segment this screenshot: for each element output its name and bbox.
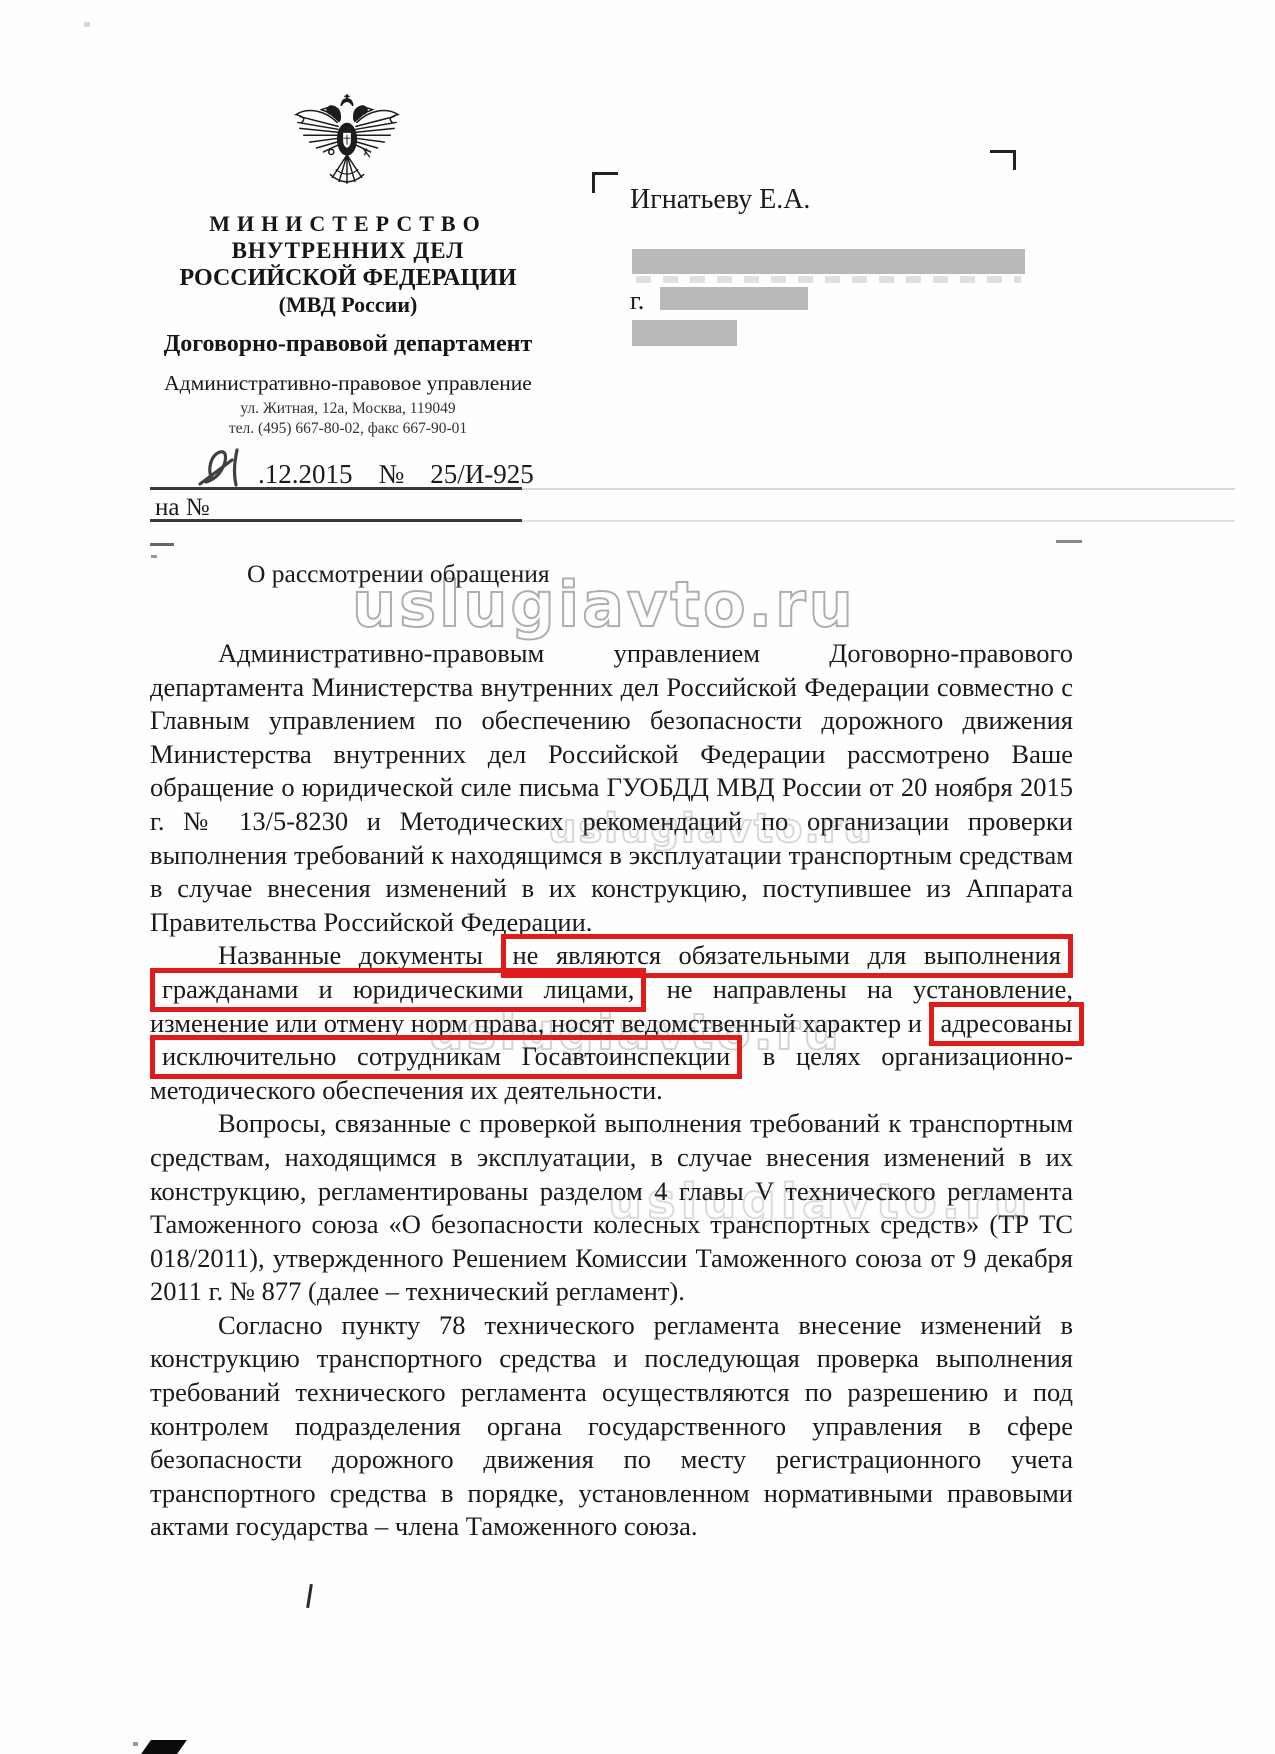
reference-underline (150, 487, 522, 490)
division-name: Административно-правовое управление (158, 371, 538, 395)
corner-dash-bottom-left-dot (151, 555, 157, 558)
letterhead: МИНИСТЕРСТВО ВНУТРЕННИХ ДЕЛ РОССИЙСКОЙ Ф… (158, 210, 538, 438)
redaction-bar-city (660, 287, 808, 310)
reply-to-number-label: на № (155, 494, 210, 522)
addressee-name: Игнатьеву Е.А. (630, 184, 810, 216)
number-sign: № (379, 459, 405, 489)
scanned-letter-page: МИНИСТЕРСТВО ВНУТРЕННИХ ДЕЛ РОССИЙСКОЙ Ф… (0, 0, 1275, 1754)
scan-speck (84, 22, 90, 27)
body-paragraph-2: Названные документы не являются обязател… (150, 939, 1073, 1107)
double-headed-eagle-icon (288, 92, 406, 206)
outgoing-reference-line: .12.2015№25/И-925 (258, 459, 534, 490)
phone-fax: тел. (495) 667-80-02, факс 667-90-01 (158, 420, 538, 438)
reply-underline-faint (522, 520, 1235, 522)
department-name: Договорно-правовой департамент (158, 331, 538, 358)
redaction-bar-address (632, 249, 1025, 274)
address-corner-bracket-top-right-v (1013, 150, 1016, 170)
address-corner-bracket-top-left-v (592, 172, 595, 193)
body-paragraph-1: Административно-правовым управлением Дог… (150, 637, 1073, 939)
outgoing-number: 25/И-925 (430, 459, 534, 489)
body-paragraph-4: Согласно пункту 78 технического регламен… (150, 1309, 1073, 1544)
corner-dash-bottom-right (1056, 540, 1082, 543)
redaction-remnant (636, 276, 1021, 283)
address-corner-bracket-top-left (592, 172, 618, 175)
letter-body: Административно-правовым управлением Дог… (150, 637, 1073, 1544)
scan-ink-blob (141, 1740, 187, 1754)
ministry-name-line3: РОССИЙСКОЙ ФЕДЕРАЦИИ (158, 264, 538, 292)
reply-underline (150, 519, 522, 522)
corner-dash-bottom-left (150, 543, 174, 546)
ministry-name-line1: МИНИСТЕРСТВО (158, 210, 538, 237)
ministry-name-line2: ВНУТРЕННИХ ДЕЛ (158, 237, 538, 264)
reference-underline-faint (522, 488, 1235, 490)
scan-ink-blob-dot (133, 1742, 138, 1746)
addressee-city-prefix: г. (630, 286, 644, 316)
outgoing-date: .12.2015 (258, 459, 353, 489)
scan-stray-mark (306, 1584, 313, 1608)
paragraph2-text: Названные документы (218, 940, 501, 970)
redaction-bar-postcode (632, 320, 737, 346)
postal-address: ул. Житная, 12а, Москва, 119049 (158, 400, 538, 418)
body-paragraph-3: Вопросы, связанные с проверкой выполнени… (150, 1107, 1073, 1309)
ministry-name-line4: (МВД России) (158, 292, 538, 318)
subject-line: О рассмотрении обращения (247, 559, 550, 589)
